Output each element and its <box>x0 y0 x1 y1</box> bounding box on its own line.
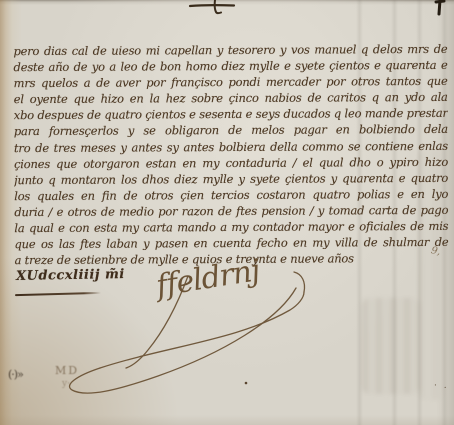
stamp-letters: MD <box>55 364 79 377</box>
manuscript-photo: pero dias cal de uieso mi capellan y tes… <box>0 0 454 425</box>
edge-ink-dots: · . <box>434 381 449 391</box>
manuscript-line: çiones que otorgaron estan en my contadu… <box>14 154 448 172</box>
manuscript-line: tro de tres meses y antes sy antes bolbi… <box>14 137 448 155</box>
stamp-small: y· <box>62 379 70 389</box>
ink-dot <box>245 382 248 385</box>
cross-icon <box>186 0 246 18</box>
ink-stroke-icon <box>432 0 448 22</box>
marginal-rubric: XUdccxliiij m̃i <box>16 267 125 284</box>
manuscript-line: que os las ftes laban y pasen en cuenta … <box>14 234 448 252</box>
manuscript-line: a treze de setienbre de mylle e quios e … <box>15 250 449 268</box>
stamp-blob: (·)» <box>8 368 23 381</box>
manuscript-line: para fornesçerlos y se obligaron de melo… <box>14 121 448 139</box>
manuscript-text-block: pero dias cal de uieso mi capellan y tes… <box>13 41 448 269</box>
rubric-underline <box>15 292 101 296</box>
ink-bleedthrough-patch <box>362 298 420 394</box>
